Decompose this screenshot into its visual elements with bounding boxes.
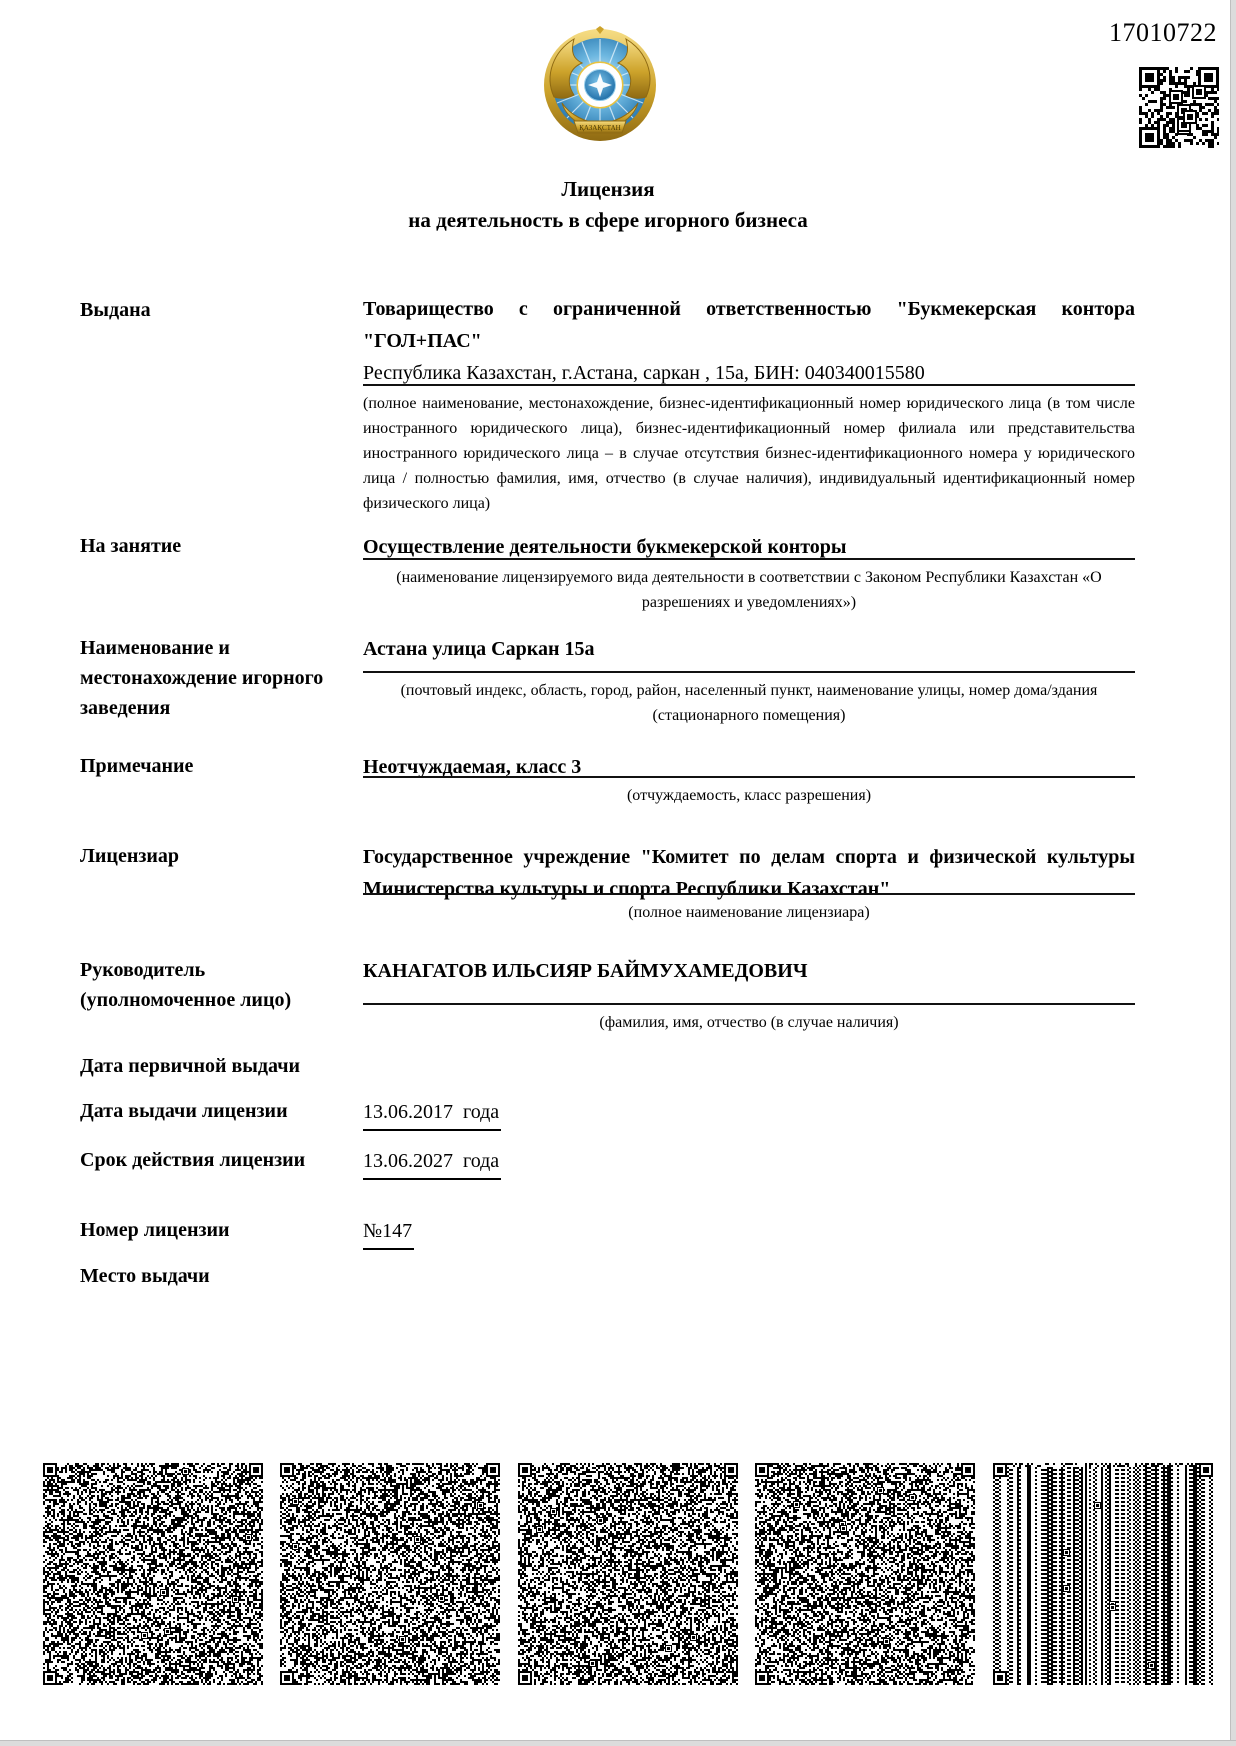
license-number-value: №147 xyxy=(363,1215,414,1250)
field-note-activity: (наименование лицензируемого вида деятел… xyxy=(363,558,1135,615)
field-value-issue-date: 13.06.2017 года xyxy=(363,1096,1135,1131)
field-note-head: (фамилия, имя, отчество (в случае наличи… xyxy=(363,1003,1135,1035)
kazakhstan-emblem-icon: ҚАЗАҚСТАН xyxy=(540,25,660,145)
field-value-head: КАНАГАТОВ ИЛЬСИЯР БАЙМУХАМЕДОВИЧ xyxy=(363,955,1135,987)
field-note-venue: (почтовый индекс, область, город, район,… xyxy=(363,671,1135,728)
vertical-scrollbar[interactable] xyxy=(1230,0,1236,1746)
horizontal-scrollbar[interactable] xyxy=(0,1740,1236,1746)
field-label-issue-place: Место выдачи xyxy=(80,1261,357,1291)
field-label-venue: Наименование и местонахождение игорного … xyxy=(80,633,357,723)
field-note-remark: (отчуждаемость, класс разрешения) xyxy=(363,776,1135,808)
title-line-1: Лицензия xyxy=(0,174,1216,205)
qr-code-icon xyxy=(1139,67,1219,148)
field-label-issued-to: Выдана xyxy=(80,295,357,325)
field-value-license-number: №147 xyxy=(363,1215,1135,1250)
field-value-venue: Астана улица Саркан 15а xyxy=(363,633,1135,665)
field-label-license-number: Номер лицензии xyxy=(80,1215,357,1245)
issued-to-name: Товарищество с ограниченной ответственно… xyxy=(363,293,1135,357)
page-title: Лицензия на деятельность в сфере игорног… xyxy=(0,174,1216,236)
field-label-issue-date: Дата выдачи лицензии xyxy=(80,1096,357,1126)
datamatrix-barcode-2 xyxy=(280,1463,500,1685)
valid-until-value: 13.06.2027 года xyxy=(363,1145,501,1180)
emblem-banner-text: ҚАЗАҚСТАН xyxy=(579,124,621,132)
field-label-head: Руководитель (уполномоченное лицо) xyxy=(80,955,357,1015)
datamatrix-barcode-4 xyxy=(755,1463,975,1685)
field-label-activity: На занятие xyxy=(80,531,357,561)
issue-date-value: 13.06.2017 года xyxy=(363,1096,501,1131)
datamatrix-barcode-5 xyxy=(993,1463,1213,1685)
license-document-page: 17010722 xyxy=(0,0,1236,1746)
field-label-licensor: Лицензиар xyxy=(80,841,357,871)
field-note-licensor: (полное наименование лицензиара) xyxy=(363,893,1135,925)
field-note-issued-to: (полное наименование, местонахождение, б… xyxy=(363,384,1135,516)
field-label-valid-until: Срок действия лицензии xyxy=(80,1145,357,1175)
field-label-remark: Примечание xyxy=(80,751,357,781)
field-value-issued-to: Товарищество с ограниченной ответственно… xyxy=(363,293,1135,389)
title-line-2: на деятельность в сфере игорного бизнеса xyxy=(0,205,1216,236)
field-label-first-issue-date: Дата первичной выдачи xyxy=(80,1051,357,1081)
datamatrix-barcode-3 xyxy=(518,1463,738,1685)
datamatrix-barcode-1 xyxy=(43,1463,263,1685)
field-value-valid-until: 13.06.2027 года xyxy=(363,1145,1135,1180)
